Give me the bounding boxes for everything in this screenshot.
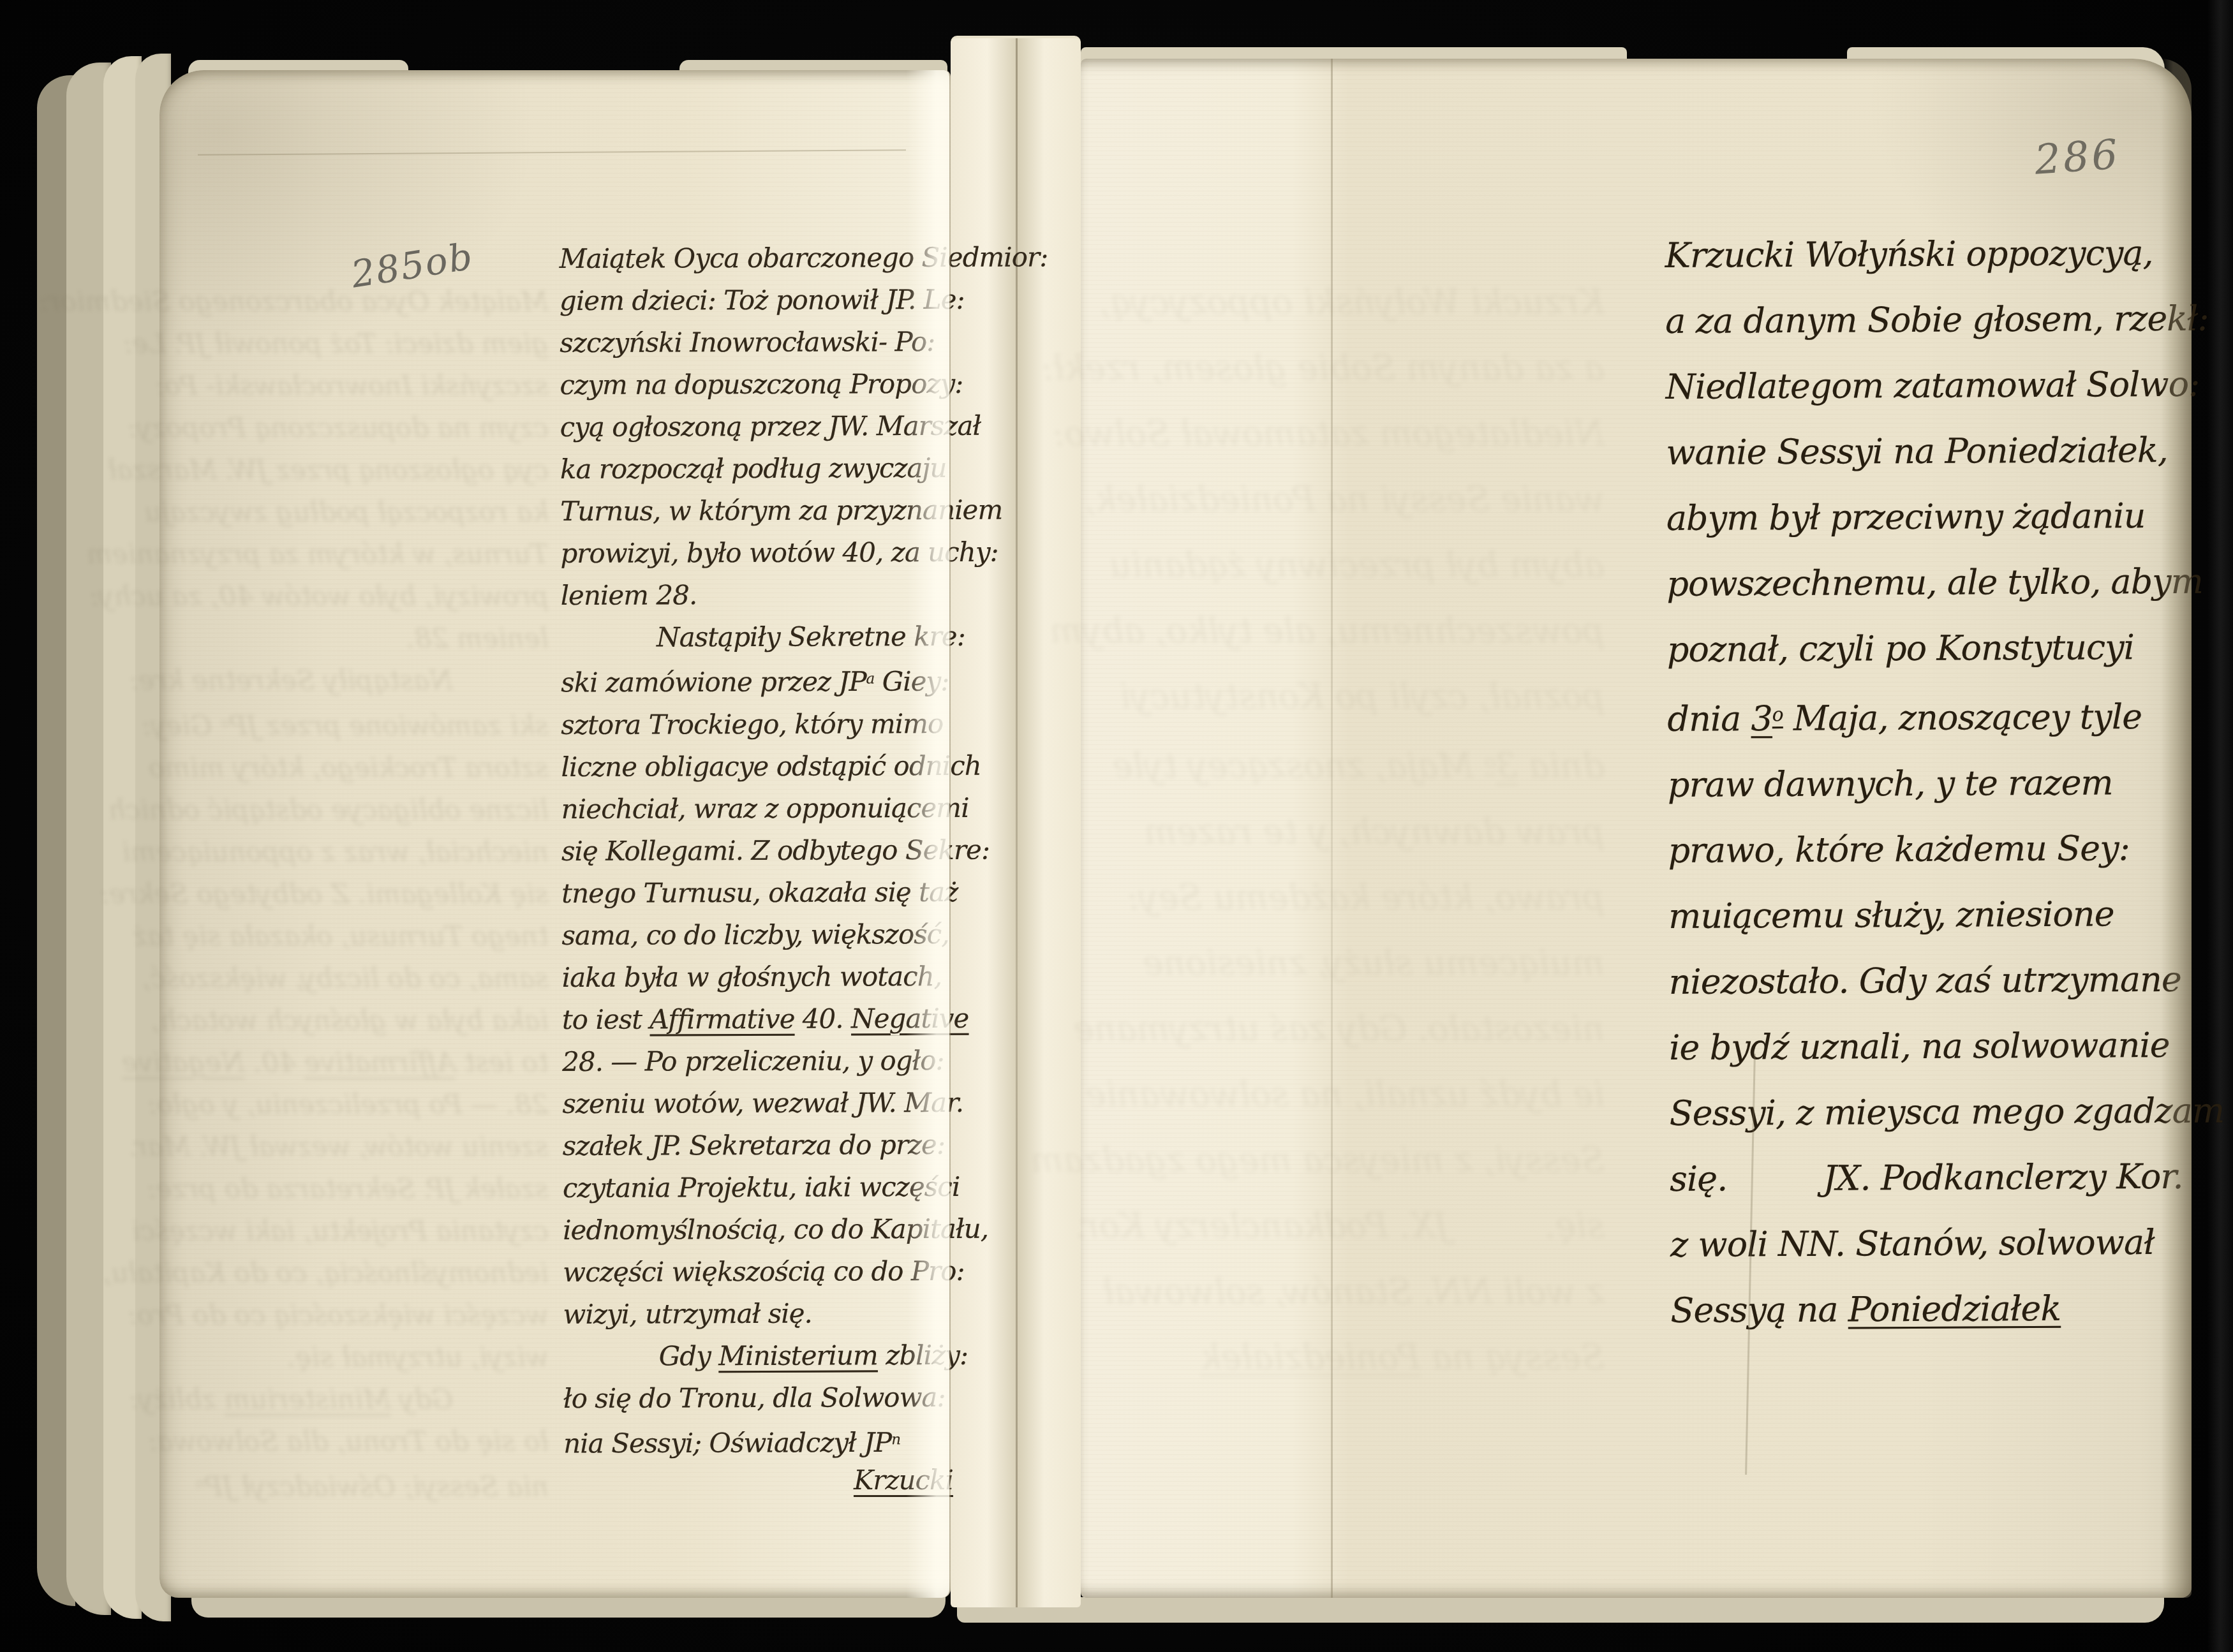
catchword: Krzucki: [561, 1464, 953, 1496]
left-page-text: Maiątek Oyca obarczonego Siedmior:giem d…: [560, 237, 956, 1464]
page-fold-highlight: [906, 70, 951, 1598]
right-page-text: Krzucki Wołyński oppozycyą,a za danym So…: [1665, 220, 2162, 1343]
paper-crease: [198, 149, 906, 156]
paper-crease: [1331, 59, 1333, 1598]
folio-annotation: 285ob: [348, 234, 477, 296]
left-page: Maiątek Oyca obarczonego Siedmior:giem d…: [159, 70, 951, 1598]
page-number: 286: [2033, 131, 2122, 184]
right-page: Krzucki Wołyński oppozycyą,a za danym So…: [1081, 59, 2192, 1598]
book-gutter: [951, 38, 1081, 1607]
deckle-edge: [2161, 59, 2192, 1598]
manuscript-scan: Maiątek Oyca obarczonego Siedmior:giem d…: [0, 0, 2233, 1652]
bottom-page-edge: [957, 1597, 2164, 1623]
